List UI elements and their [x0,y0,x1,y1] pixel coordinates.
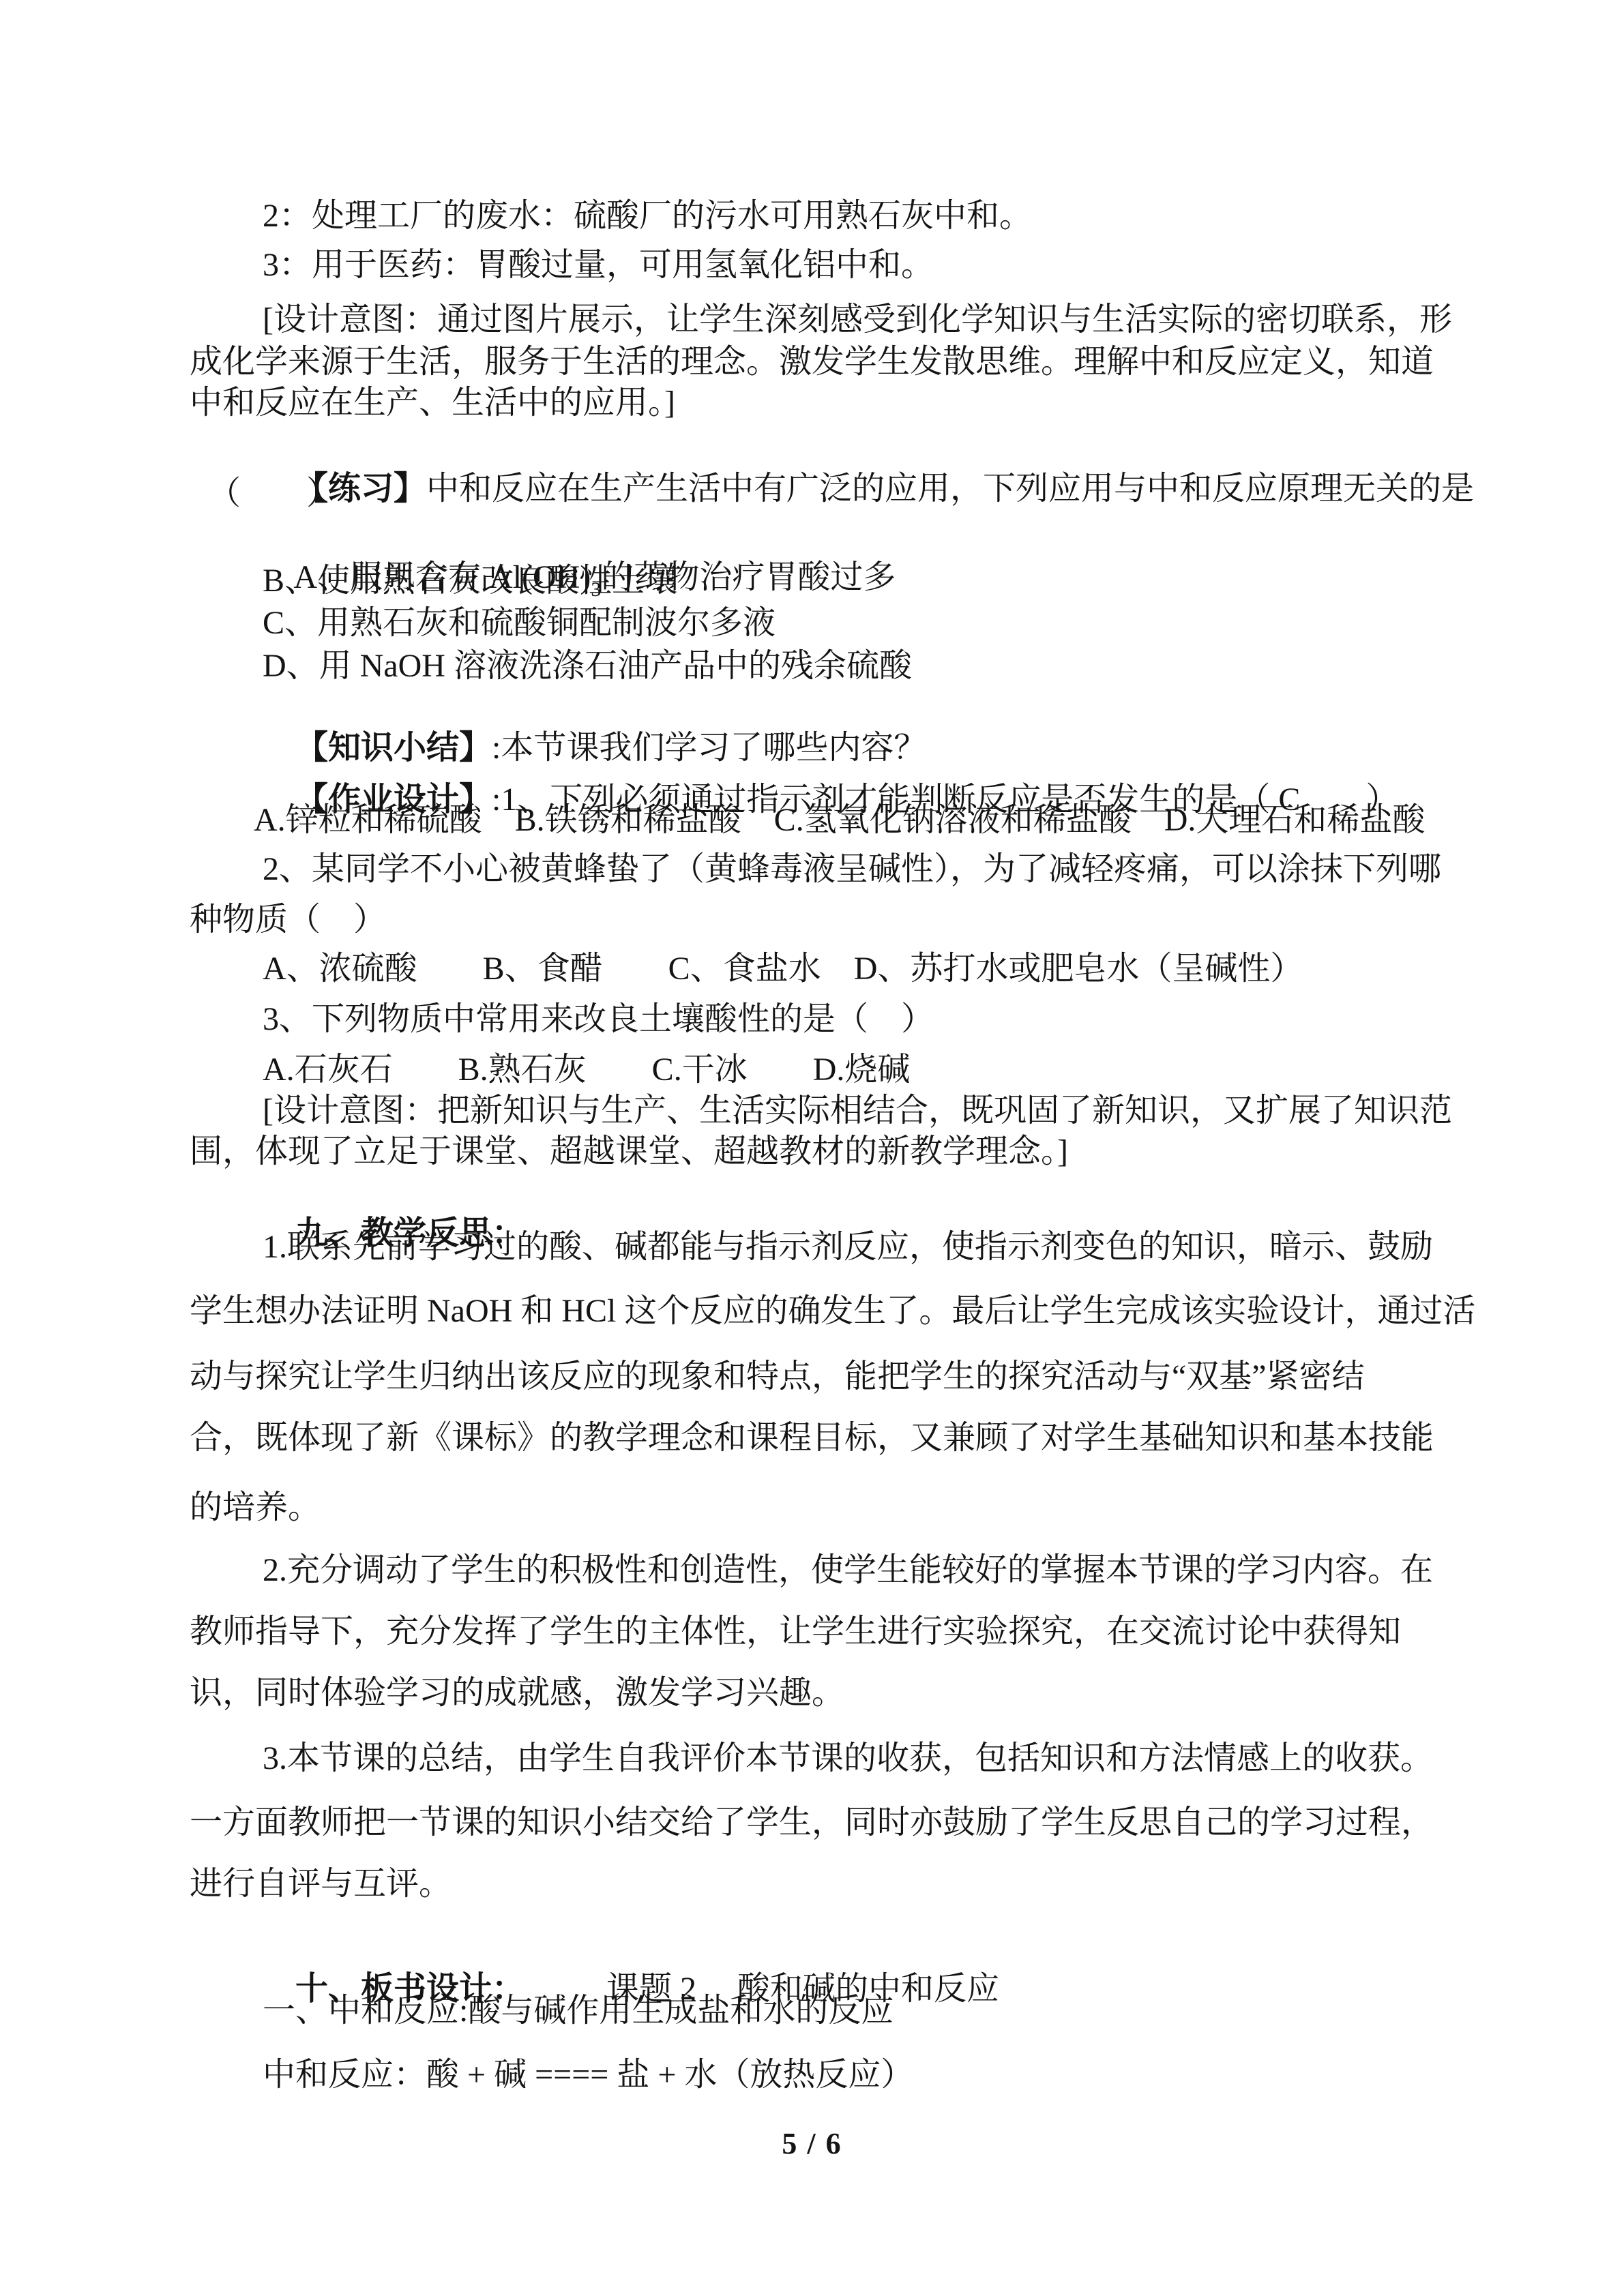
doc-line-reflection-2c: 识，同时体验学习的成就感，激发学习兴趣。 [190,1673,844,1713]
doc-line-option-d: D、用 NaOH 溶液洗涤石油产品中的残余硫酸 [263,646,912,686]
doc-line-reflection-3c: 进行自评与互评。 [190,1864,452,1904]
doc-line-reflection-1a: 1.联系先前学习过的酸、碱都能与指示剂反应，使指示剂变色的知识，暗示、鼓励 [263,1227,1433,1267]
doc-line-option-b: B、使用熟石灰改良酸性土壤 [263,561,677,601]
doc-line-q2b: 种物质（ ） [190,900,386,940]
doc-line-reflection-1e: 的培养。 [190,1488,321,1527]
practice-question-text: 中和反应在生产生活中有广泛的应用，下列应用与中和反应原理无关的是 [426,471,1474,507]
doc-line-reflection-2a: 2.充分调动了学生的积极性和创造性，使学生能较好的掌握本节课的学习内容。在 [263,1551,1433,1590]
doc-line-design-intent-2b: 围，体现了立足于课堂、超越课堂、超越教材的新教学理念。] [190,1132,1068,1172]
doc-line-answer-blank: （ ） [208,474,339,513]
document-page: 2：处理工厂的废水：硫酸厂的污水可用熟石灰中和。 3：用于医药：胃酸过量，可用氢… [0,0,1624,2296]
doc-line-reflection-3b: 一方面教师把一节课的知识小结交给了学生，同时亦鼓励了学生反思自己的学习过程， [190,1803,1434,1843]
doc-line-q3-options: A.石灰石 B.熟石灰 C.干冰 D.烧碱 [263,1050,910,1090]
doc-line-reflection-1b: 学生想办法证明 NaOH 和 HCl 这个反应的确发生了。最后让学生完成该实验设… [190,1292,1475,1331]
doc-line-q2-options: A、浓硫酸 B、食醋 C、食盐水 D、苏打水或肥皂水（呈碱性） [263,949,1303,989]
doc-line-reflection-3a: 3.本节课的总结，由学生自我评价本节课的收获，包括知识和方法情感上的收获。 [263,1739,1433,1778]
doc-line-homework-design: 【作业设计】:1、下列必须通过指示剂才能判断反应是否发生的是（ C ） [263,741,1398,859]
doc-line-q1-options: A.锌粒和稀硫酸 B.铁锈和稀盐酸 C.氢氧化钠溶液和稀盐酸 D.大理石和稀盐酸 [254,801,1425,840]
doc-line-reflection-1d: 合，既体现了新《课标》的教学理念和课程目标，又兼顾了对学生基础知识和基本技能 [190,1418,1434,1458]
doc-line-design-intent-1b: 成化学来源于生活，服务于生活的理念。激发学生发散思维。理解中和反应定义，知道 [190,342,1434,382]
page-number: 5 / 6 [0,2126,1624,2161]
doc-line-reflection-1c: 动与探究让学生归纳出该反应的现象和特点，能把学生的探究活动与“双基”紧密结 [190,1357,1365,1397]
doc-line-board-equation: 中和反应：酸 + 碱 ==== 盐 + 水（放热反应） [263,2055,913,2095]
doc-line-q3: 3、下列物质中常用来改良土壤酸性的是（ ） [263,1000,934,1039]
doc-line-option-c: C、用熟石灰和硫酸铜配制波尔多液 [263,603,776,643]
doc-line-q2a: 2、某同学不小心被黄蜂蛰了（黄蜂毒液呈碱性），为了减轻疼痛，可以涂抹下列哪 [263,850,1441,889]
doc-line-application-2: 2：处理工厂的废水：硫酸厂的污水可用熟石灰中和。 [263,196,1032,236]
doc-line-board-point-1: 一、中和反应:酸与碱作用生成盐和水的反应 [263,1991,894,2031]
doc-line-reflection-2b: 教师指导下，充分发挥了学生的主体性，让学生进行实验探究，在交流讨论中获得知 [190,1612,1401,1652]
doc-line-design-intent-1c: 中和反应在生产、生活中的应用。] [190,383,675,423]
doc-line-application-3: 3：用于医药：胃酸过量，可用氢氧化铝中和。 [263,245,934,285]
doc-line-design-intent-2a: [设计意图：把新知识与生产、生活实际相结合，既巩固了新知识，又扩展了知识范 [263,1091,1452,1131]
doc-line-design-intent-1a: [设计意图：通过图片展示，让学生深刻感受到化学知识与生活实际的密切联系，形 [263,300,1452,340]
